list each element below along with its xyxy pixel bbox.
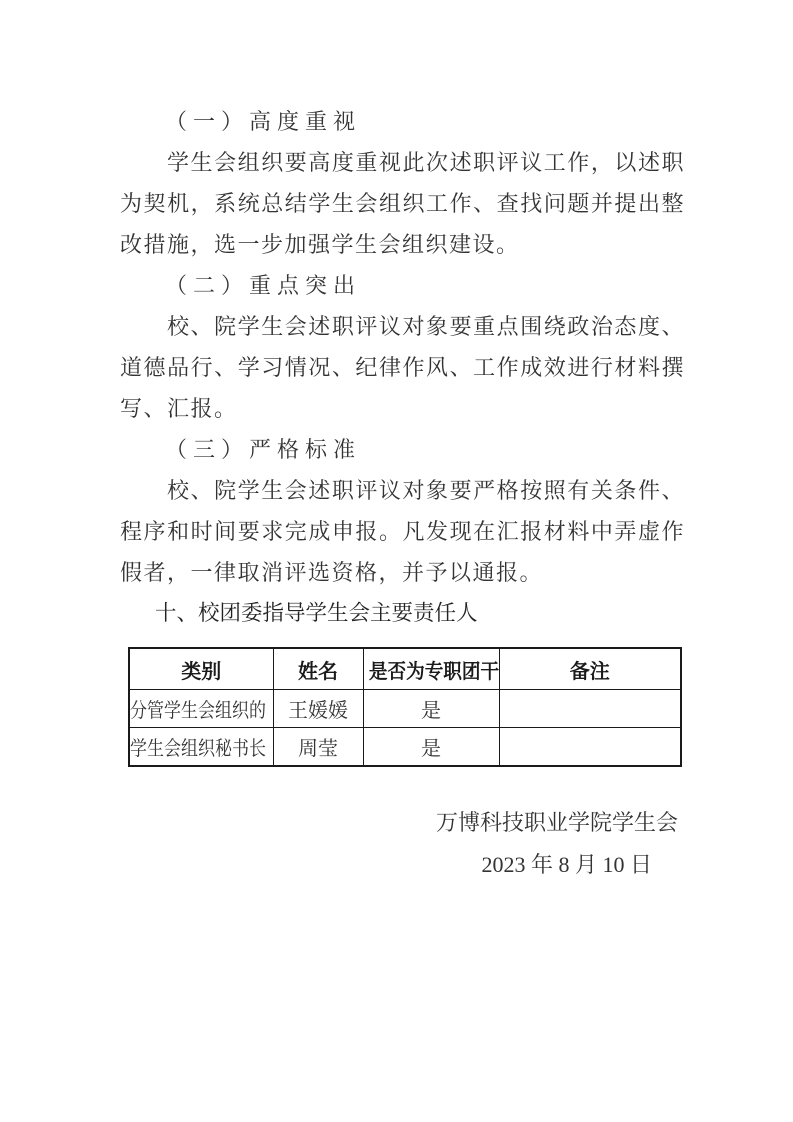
table-row: 分管学生会组织的 王媛媛 是: [129, 690, 681, 728]
responsible-persons-table: 类别 姓名 是否为专职团干 备注 分管学生会组织的 王媛媛 是 学生会组织秘书长…: [128, 647, 682, 767]
table-header-fulltime-label: 是否为专职团干: [368, 655, 498, 684]
document-page: （一）高度重视 学生会组织要高度重视此次述职评议工作，以述职为契机，系统总结学生…: [0, 0, 793, 1122]
section-1-body: 学生会组织要高度重视此次述职评议工作，以述职为契机，系统总结学生会组织工作、查找…: [120, 142, 685, 265]
document-content: （一）高度重视 学生会组织要高度重视此次述职评议工作，以述职为契机，系统总结学生…: [120, 101, 685, 887]
cell-name: 周莹: [273, 728, 363, 767]
section-1-heading: （一）高度重视: [120, 101, 685, 142]
section-2-body: 校、院学生会述职评议对象要重点围绕政治态度、道德品行、学习情况、纪律作风、工作成…: [120, 306, 685, 429]
table-header-fulltime: 是否为专职团干: [363, 648, 499, 690]
section-10-heading: 十、校团委指导学生会主要责任人: [120, 593, 685, 634]
cell-name: 王媛媛: [273, 690, 363, 728]
cell-category-label: 分管学生会组织的: [130, 694, 266, 723]
table-header-category: 类别: [129, 648, 273, 690]
cell-category: 分管学生会组织的: [129, 690, 273, 728]
section-2-heading: （二）重点突出: [120, 265, 685, 306]
section-3-body: 校、院学生会述职评议对象要严格按照有关条件、程序和时间要求完成申报。凡发现在汇报…: [120, 470, 685, 593]
table-header-name: 姓名: [273, 648, 363, 690]
section-3-heading: （三）严格标准: [120, 429, 685, 470]
table-header-remark: 备注: [499, 648, 681, 690]
signature-date: 2023 年 8 月 10 日: [120, 843, 685, 887]
signature-organization: 万博科技职业学院学生会: [120, 802, 685, 843]
table-header-row: 类别 姓名 是否为专职团干 备注: [129, 648, 681, 690]
cell-category: 学生会组织秘书长: [129, 728, 273, 767]
cell-fulltime: 是: [363, 690, 499, 728]
table-row: 学生会组织秘书长 周莹 是: [129, 728, 681, 767]
cell-category-label: 学生会组织秘书长: [130, 732, 266, 761]
cell-remark: [499, 728, 681, 767]
cell-remark: [499, 690, 681, 728]
cell-fulltime: 是: [363, 728, 499, 767]
